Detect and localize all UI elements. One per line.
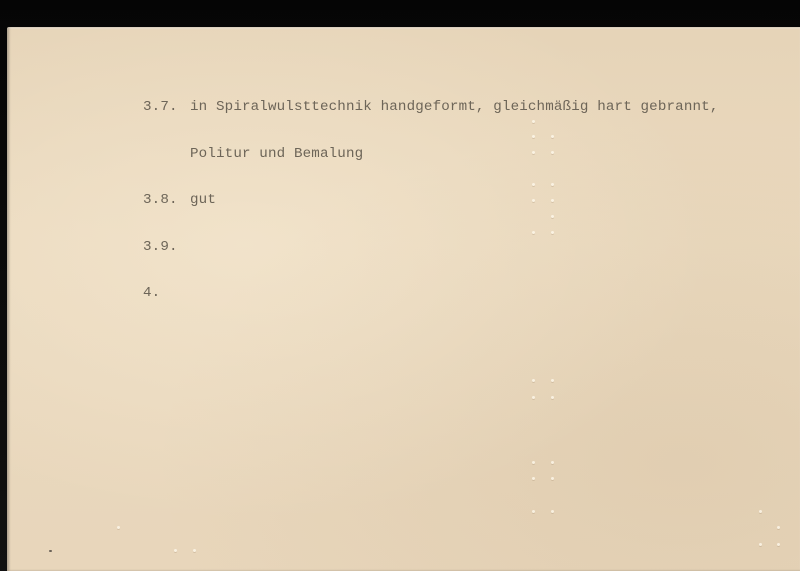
emboss-dot <box>117 526 120 529</box>
entry-3-7-continued: Politur und Bemalung <box>143 147 719 163</box>
entry-number: 3.8. <box>143 193 190 209</box>
emboss-dot <box>551 215 554 218</box>
emboss-dot <box>551 135 554 138</box>
emboss-dot <box>551 183 554 186</box>
emboss-dot <box>193 549 196 552</box>
entry-number: 3.7. <box>143 100 190 116</box>
entry-number <box>143 147 190 163</box>
entry-number: 4. <box>143 286 190 302</box>
entry-text: gut <box>190 193 216 209</box>
emboss-dot <box>532 379 535 382</box>
emboss-dot <box>777 526 780 529</box>
emboss-dot <box>551 379 554 382</box>
entry-text: Politur und Bemalung <box>190 147 363 163</box>
emboss-dot <box>551 396 554 399</box>
emboss-dot <box>759 543 762 546</box>
emboss-dot <box>551 510 554 513</box>
emboss-dot <box>532 120 535 123</box>
emboss-dot <box>532 231 535 234</box>
entry-3-9: 3.9. <box>143 240 719 256</box>
emboss-dot <box>532 199 535 202</box>
emboss-dot <box>551 231 554 234</box>
emboss-dot <box>532 461 535 464</box>
typed-entries: 3.7.in Spiralwulsttechnik handgeformt, g… <box>143 69 719 333</box>
entry-text: in Spiralwulsttechnik handgeformt, gleic… <box>190 100 719 116</box>
emboss-dot <box>532 510 535 513</box>
archive-card: 3.7.in Spiralwulsttechnik handgeformt, g… <box>7 27 800 571</box>
paper-speck <box>49 550 52 552</box>
entry-3-8: 3.8.gut <box>143 193 719 209</box>
entry-4: 4. <box>143 286 719 302</box>
emboss-dot <box>551 199 554 202</box>
emboss-dot <box>174 549 177 552</box>
emboss-dot <box>532 477 535 480</box>
emboss-dot <box>532 135 535 138</box>
scanned-card-image: 3.7.in Spiralwulsttechnik handgeformt, g… <box>0 0 800 571</box>
emboss-dot <box>759 510 762 513</box>
entry-3-7: 3.7.in Spiralwulsttechnik handgeformt, g… <box>143 100 719 116</box>
emboss-dot <box>532 151 535 154</box>
emboss-dot <box>551 477 554 480</box>
emboss-dot <box>532 396 535 399</box>
emboss-dot <box>551 151 554 154</box>
emboss-dot <box>551 461 554 464</box>
emboss-dot <box>532 183 535 186</box>
entry-number: 3.9. <box>143 240 190 256</box>
emboss-dot <box>777 543 780 546</box>
